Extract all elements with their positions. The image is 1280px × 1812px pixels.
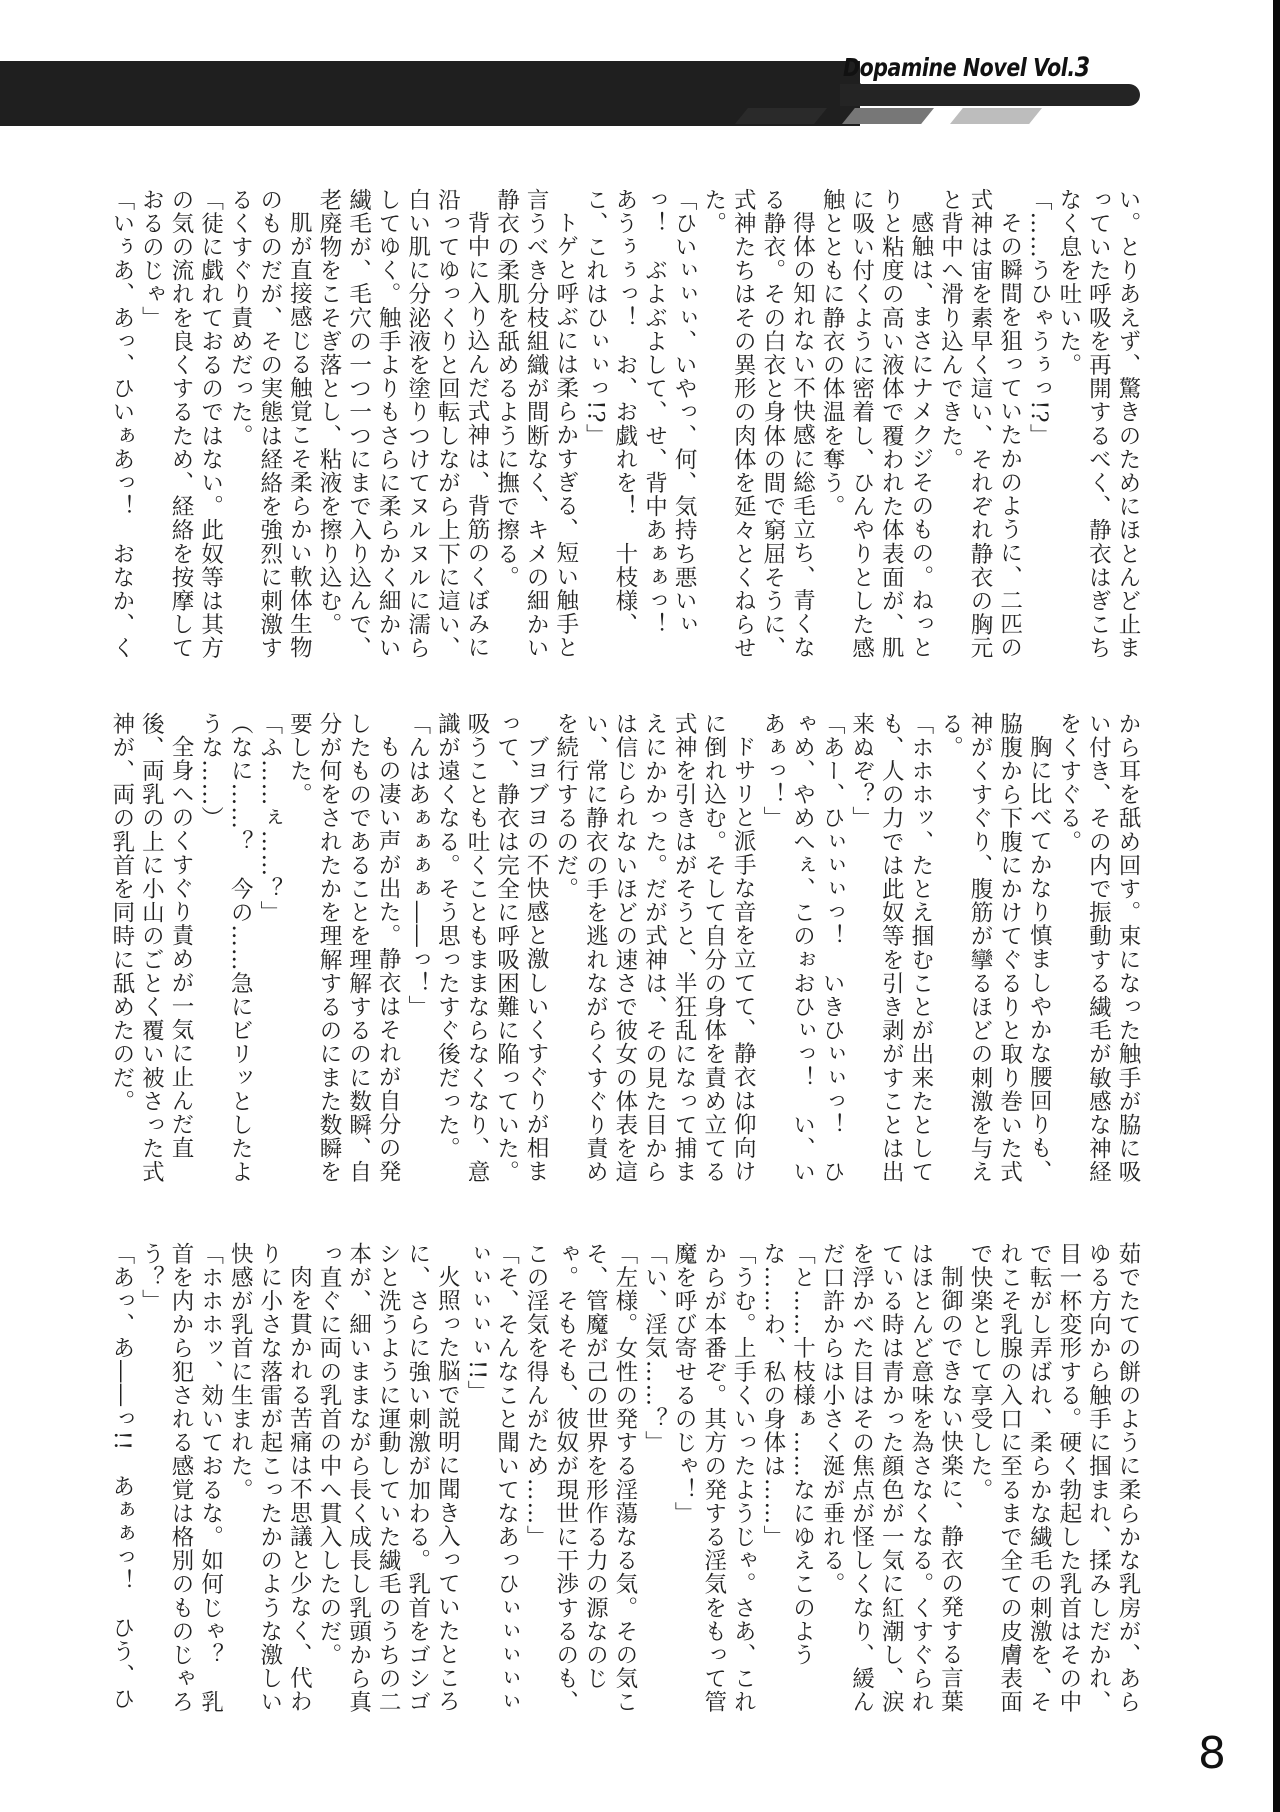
paragraph: ブヨブヨの不快感と激しいくすぐりが相まって、静衣は完全に呼吸困難に陥っていた。吸… [432,712,550,1192]
decorative-stripe-light [950,108,1042,124]
page-number: 8 [1198,1728,1226,1779]
paragraph: 胸に比べてかなり慎ましやかな腰回りも、脇腹から下腹にかけてぐるりと取り巻いた式神… [935,712,1053,1192]
page-header: Dopamine Novel Vol.3 [0,0,1280,140]
paragraph: 「左様。女性の発する淫蕩なる気。その気こそ、管魔が己の世界を形作る力の源なのじゃ… [521,1242,639,1722]
paragraph: 制御のできない快楽に、静衣の発する言葉はほとんど意味を為さなくなる。くすぐられて… [816,1242,964,1722]
decorative-stripe-dark [735,108,827,124]
paragraph: 「い、淫気……？」 [639,1242,669,1722]
header-bar-tail [840,84,1140,106]
text-tier-middle: から耳を舐め回す。束になった触手が脇に吸い付き、その内で振動する繊毛が敏感な神経… [112,712,1142,1192]
page-edge-border [1273,0,1280,1812]
paragraph: 「徒に戯れておるのではない。此奴等は其方の気の流れを良くするため、経絡を按摩して… [136,188,225,668]
paragraph: 「あー、ひぃぃぃっ！ いきひぃぃっ！ ひゃめ、やめへぇ、このぉおひぃっ！ い、い… [757,712,846,1192]
paragraph: 感触は、まさにナメクジそのもの。ねっとりと粘度の高い液体で覆われた体表面が、肌に… [816,188,934,668]
paragraph: 「うむ。上手くいったようじゃ。さあ、これからが本番ぞ。其方の発する淫気をもって管… [669,1242,758,1722]
paragraph: 「ふ……ぇ……？」 [254,712,284,1192]
paragraph: 「と……十枝様ぁ……なにゆえこのような……わ、私の身体は……」 [757,1242,816,1722]
paragraph: ドサリと派手な音を立てて、静衣は仰向けに倒れ込む。そして自分の身体を責め立てる式… [550,712,757,1192]
paragraph: 背中に入り込んだ式神は、背筋のくぼみに沿ってゆっくりと回転しながら上下に這い、白… [313,188,491,668]
paragraph: その瞬間を狙っていたかのように、二匹の式神は宙を素早く這い、それぞれ静衣の胸元と… [935,188,1024,668]
paragraph: もの凄い声が出た。静衣はそれが自分の発したものであることを理解するのに数瞬、自分… [284,712,402,1192]
paragraph: 火照った脳で説明に聞き入っていたところに、さらに強い刺激が加わる。乳首をゴシゴシ… [313,1242,461,1722]
text-tier-bottom: 茹でたての餅のように柔らかな乳房が、あらゆる方向から触手に掴まれ、揉みしだかれ、… [112,1242,1142,1722]
paragraph: トゲと呼ぶには柔らかすぎる、短い触手と言うべき分枝組織が間断なく、キメの細かい静… [491,188,580,668]
volume-number: 3 [1075,52,1090,83]
paragraph: から耳を舐め回す。束になった触手が脇に吸い付き、その内で振動する繊毛が敏感な神経… [1053,712,1142,1192]
paragraph: 「ひいぃぃぃ、いやっ、何、気持ち悪いぃっ！ ぶよぶよして、せ、背中あぁぁっ！ あ… [580,188,698,668]
paragraph: 全身へのくすぐり責めが一気に止んだ直後、両乳の上に小山のごとく覆い被さった式神が… [112,712,195,1192]
paragraph: 「そ、そんなこと聞いてなあっひぃぃぃぃぃぃぃぃぃぃ!!」 [461,1242,520,1722]
paragraph: 肌が直接感じる触覚こそ柔らかい軟体生物のものだが、その実態は経絡を強烈に刺激する… [225,188,314,668]
publication-title: Dopamine Novel Vol.3 [843,52,1090,83]
paragraph: 肉を貫かれる苦痛は不思議と少なく、代わりに小さな落雷が起こったかのような激しい快… [225,1242,314,1722]
paragraph: い。とりあえず、驚きのためにほとんど止まっていた呼吸を再開するべく、静衣はぎこち… [1053,188,1142,668]
paragraph: 「んはあぁぁぁぁ――っ！」 [402,712,432,1192]
paragraph: 「ホホホッ、効いておるな。如何じゃ？ 乳首を内から犯される感覚は格別のものじゃろ… [136,1242,225,1722]
paragraph: 得体の知れない不快感に総毛立ち、青くなる静衣。その白衣と身体の間で窮屈そうに、式… [698,188,816,668]
paragraph: （なに……？ 今の……急にビリッとしたような……） [195,712,254,1192]
paragraph: 「あっ、あ――っ!! あぁぁっ！ ひう、ひうぅっ!! ぎうぅぅぅぅっ!!」 [112,1242,136,1722]
paragraph: 「ホホホッ、たとえ掴むことが出来たとしても、人の力では此奴等を引き剥がすことは出… [846,712,935,1192]
title-text: Dopamine Novel Vol. [843,53,1075,82]
paragraph: 「いぅあ、あっ、ひいぁあっ！ おなか、くすぐったひぃぃっ！ ひゃっ、ひゃああっ！… [112,188,136,668]
decorative-stripe-medium [842,108,934,124]
header-bar [0,61,860,126]
paragraph: 「……うひゃうぅっ!?」 [1024,188,1054,668]
paragraph: 茹でたての餅のように柔らかな乳房が、あらゆる方向から触手に掴まれ、揉みしだかれ、… [964,1242,1142,1722]
text-tier-top: い。とりあえず、驚きのためにほとんど止まっていた呼吸を再開するべく、静衣はぎこち… [112,188,1142,668]
